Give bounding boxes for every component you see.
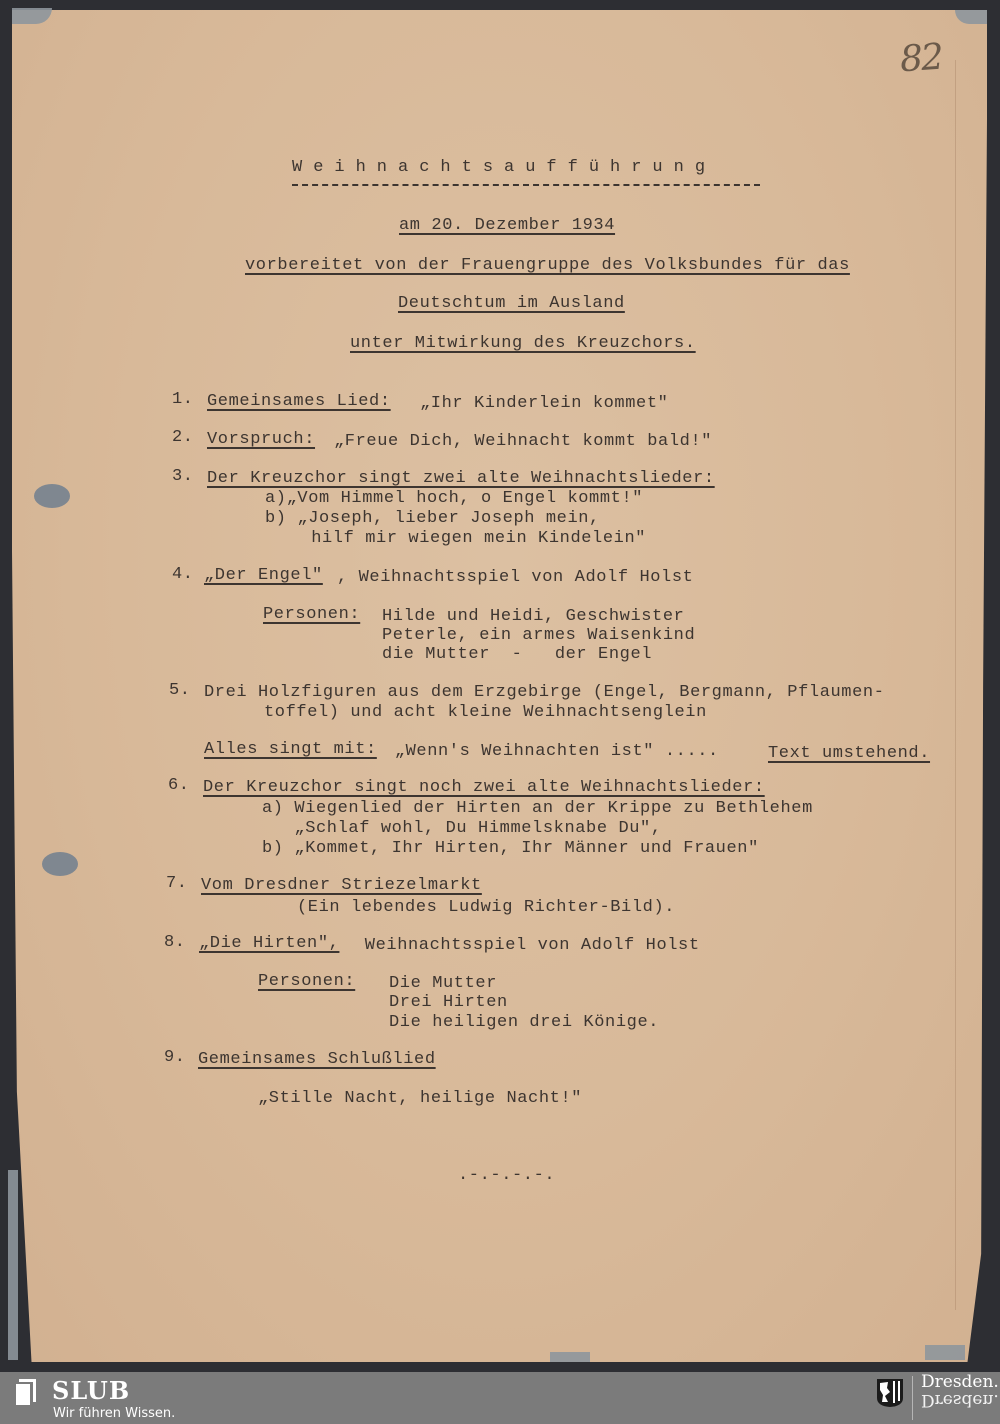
item-3-label: Der Kreuzchor singt zwei alte Weihnachts… <box>207 469 715 488</box>
item-3-sub-b-cont: hilf mir wiegen mein Kindelein" <box>268 529 646 548</box>
item-1-number: 1. <box>172 390 194 409</box>
document-title: Weihnachtsaufführung <box>292 158 716 177</box>
item-8-number: 8. <box>164 933 186 952</box>
item-5-number: 5. <box>169 681 191 700</box>
dresden-wordmark[interactable]: Dresden. <box>921 1374 999 1391</box>
item-5-sing-text: „Wenn's Weihnachten ist" ..... <box>384 742 730 761</box>
item-3-number: 3. <box>172 467 194 486</box>
dresden-wordmark-mirror: Dresden. <box>921 1391 999 1408</box>
footer-bar: SLUB Wir führen Wissen. Dresden. Dresden… <box>0 1372 1000 1424</box>
item-5-text-line-1: Drei Holzfiguren aus dem Erzgebirge (Eng… <box>204 683 885 702</box>
prepared-by-line-1: vorbereitet von der Frauengruppe des Vol… <box>245 256 850 275</box>
item-8-person-1: Die Mutter <box>389 974 497 993</box>
item-4-label: „Der Engel" <box>204 566 323 585</box>
item-1-label: Gemeinsames Lied: <box>207 392 391 411</box>
item-4-person-2: Peterle, ein armes Waisenkind <box>382 626 695 645</box>
slub-tagline: Wir führen Wissen. <box>53 1406 175 1421</box>
item-9-number: 9. <box>164 1048 186 1067</box>
tape-left-edge <box>8 1170 18 1360</box>
tape-bottom <box>550 1352 590 1362</box>
item-9-text: „Stille Nacht, heilige Nacht!" <box>258 1089 582 1108</box>
item-7-sub: (Ein lebendes Ludwig Richter-Bild). <box>297 898 675 917</box>
title-dashed-underline <box>292 184 760 186</box>
footer-separator <box>912 1376 913 1420</box>
item-1-text: „Ihr Kinderlein kommet" <box>420 394 668 413</box>
item-7-number: 7. <box>166 874 188 893</box>
tape-bottom-right <box>925 1345 965 1360</box>
item-8-person-3: Die heiligen drei Könige. <box>389 1013 659 1032</box>
item-6-number: 6. <box>168 776 190 795</box>
item-6-label: Der Kreuzchor singt noch zwei alte Weihn… <box>203 778 765 797</box>
item-4-person-3: die Mutter - der Engel <box>382 645 652 664</box>
item-8-person-2: Drei Hirten <box>389 993 508 1012</box>
item-4-person-1: Hilde und Heidi, Geschwister <box>382 607 684 626</box>
item-7-label: Vom Dresdner Striezelmarkt <box>201 876 482 895</box>
item-2-label: Vorspruch: <box>207 430 315 449</box>
item-8-label: „Die Hirten", <box>199 934 339 953</box>
handwritten-page-number: 82 <box>899 37 944 81</box>
prepared-by-line-2: Deutschtum im Ausland <box>398 294 625 313</box>
end-mark: .-.-.-.-. <box>458 1166 555 1185</box>
item-6-sub-a-cont: „Schlaf wohl, Du Himmelsknabe Du", <box>262 819 662 838</box>
date-line: am 20. Dezember 1934 <box>399 216 615 235</box>
slub-brand[interactable]: SLUB <box>52 1376 130 1405</box>
item-2-text: „Freue Dich, Weihnacht kommt bald!" <box>334 432 712 451</box>
punch-hole-lower <box>42 852 78 876</box>
item-5-text-line-2: toffel) und acht kleine Weihnachtsenglei… <box>264 703 707 722</box>
item-3-sub-b: b) „Joseph, lieber Joseph mein, <box>265 509 600 528</box>
item-6-sub-a: a) Wiegenlied der Hirten an der Krippe z… <box>262 799 813 818</box>
dresden-crest-icon <box>876 1378 904 1408</box>
punch-hole-upper <box>34 484 70 508</box>
item-9-label: Gemeinsames Schlußlied <box>198 1050 436 1069</box>
slub-book-icon <box>14 1378 38 1406</box>
item-4-number: 4. <box>172 565 194 584</box>
item-4-text: , Weihnachtsspiel von Adolf Holst <box>337 568 693 587</box>
item-3-sub-a: a)„Vom Himmel hoch, o Engel kommt!" <box>265 489 643 508</box>
cooperation-line: unter Mitwirkung des Kreuzchors. <box>350 334 696 353</box>
fold-line <box>955 60 956 1310</box>
item-4-persons-label: Personen: <box>263 605 360 624</box>
item-5-sing-label: Alles singt mit: <box>204 740 377 759</box>
item-8-persons-label: Personen: <box>258 972 355 991</box>
item-8-text: Weihnachtsspiel von Adolf Holst <box>354 936 700 955</box>
item-2-number: 2. <box>172 428 194 447</box>
item-5-sing-note: Text umstehend. <box>768 744 930 763</box>
item-6-sub-b: b) „Kommet, Ihr Hirten, Ihr Männer und F… <box>262 839 759 858</box>
